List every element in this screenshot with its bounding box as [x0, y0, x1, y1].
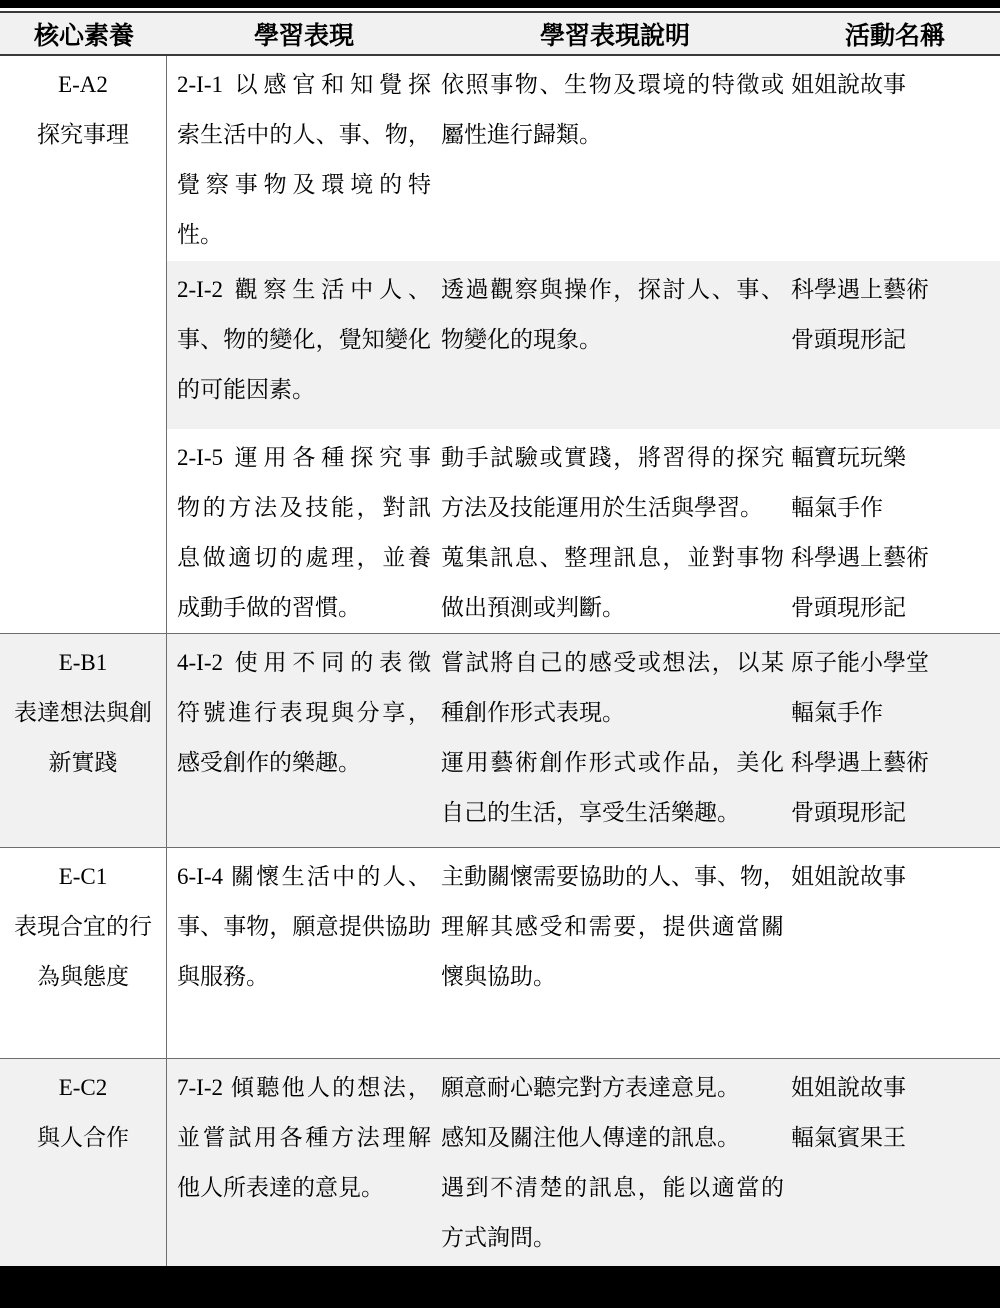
competency-name: 表現合宜的行為與態度 [8, 902, 158, 1002]
text-line: 姐姐說故事 [791, 852, 997, 902]
text-line: 方法及技能運用於生活與學習。 [441, 483, 784, 533]
text-line: 事、物的變化，覺知變化 [177, 315, 431, 365]
table-row: 4-I-2 使用不同的表徵符號進行表現與分享，感受創作的樂趣。 嘗試將自己的感受… [167, 634, 1000, 847]
text-line: 姐姐說故事 [791, 60, 997, 110]
text-line: 覺察事物及環境的特 [177, 160, 431, 210]
header-cell-activity: 活動名稱 [790, 16, 1000, 52]
competency-name: 探究事理 [8, 110, 158, 160]
text-line: 4-I-2 使用不同的表徵 [177, 638, 431, 688]
cell-competency-EB1: E-B1 表達想法與創新實踐 [0, 634, 167, 847]
table-block-EB1: E-B1 表達想法與創新實踐 4-I-2 使用不同的表徵符號進行表現與分享，感受… [0, 633, 1000, 847]
text-line: 6-I-4 關懷生活中的人、 [177, 852, 431, 902]
table-row: 2-I-1 以感官和知覺探索生活中的人、事、物，覺察事物及環境的特性。 依照事物… [167, 56, 1000, 261]
cell-performance: 6-I-4 關懷生活中的人、事、事物，願意提供協助與服務。 [167, 848, 438, 1058]
text-line: 骨頭現形記 [791, 583, 997, 633]
top-black-bar [0, 0, 1000, 8]
text-line: 懷與協助。 [441, 952, 784, 1002]
text-line: 原子能小學堂 [791, 638, 997, 688]
cell-activities: 科學遇上藝術骨頭現形記 [788, 261, 999, 429]
text-line: 並嘗試用各種方法理解 [177, 1113, 431, 1163]
table-block-EC1: E-C1 表現合宜的行為與態度 6-I-4 關懷生活中的人、事、事物，願意提供協… [0, 847, 1000, 1058]
text-line: 理解其感受和需要，提供適當關 [441, 902, 784, 952]
header-cell-description: 學習表現說明 [440, 16, 790, 52]
cell-performance: 4-I-2 使用不同的表徵符號進行表現與分享，感受創作的樂趣。 [167, 634, 438, 847]
table-row: 2-I-5 運用各種探究事物的方法及技能，對訊息做適切的處理，並養成動手做的習慣… [167, 429, 1000, 633]
text-line: 感受創作的樂趣。 [177, 738, 431, 788]
text-line: 主動關懷需要協助的人、事、物， [441, 852, 784, 902]
text-line: 7-I-2 傾聽他人的想法， [177, 1063, 431, 1113]
table-block-EA2: E-A2 探究事理 2-I-1 以感官和知覺探索生活中的人、事、物，覺察事物及環… [0, 56, 1000, 633]
text-line: 成動手做的習慣。 [177, 583, 431, 633]
competency-name: 表達想法與創新實踐 [8, 688, 158, 788]
text-line: 遇到不清楚的訊息，能以適當的 [441, 1163, 784, 1213]
text-line: 嘗試將自己的感受或想法，以某 [441, 638, 784, 688]
text-line: 運用藝術創作形式或作品，美化 [441, 738, 784, 788]
text-line: 科學遇上藝術 [791, 738, 997, 788]
header-cell-performance: 學習表現 [168, 16, 440, 52]
header-cell-core-competency: 核心素養 [0, 16, 168, 52]
competency-code: E-C2 [8, 1063, 158, 1113]
document-page: 核心素養 學習表現 學習表現說明 活動名稱 E-A2 探究事理 2-I-1 以感… [0, 0, 1000, 1308]
text-line: 2-I-5 運用各種探究事 [177, 433, 431, 483]
text-line: 科學遇上藝術 [791, 533, 997, 583]
text-line: 息做適切的處理，並養 [177, 533, 431, 583]
cell-activities: 姐姐說故事 [788, 848, 999, 1058]
cell-competency-EC2: E-C2 與人合作 [0, 1059, 167, 1266]
text-line: 索生活中的人、事、物， [177, 110, 431, 160]
table-row: 6-I-4 關懷生活中的人、事、事物，願意提供協助與服務。 主動關懷需要協助的人… [167, 848, 1000, 1058]
cell-description: 主動關懷需要協助的人、事、物，理解其感受和需要，提供適當關懷與協助。 [438, 848, 788, 1058]
text-line: 輻氣手作 [791, 688, 997, 738]
competency-name: 與人合作 [8, 1113, 158, 1163]
text-line: 輻氣手作 [791, 483, 997, 533]
cell-performance: 2-I-2 觀察生活中人、事、物的變化，覺知變化的可能因素。 [167, 261, 438, 429]
competency-code: E-A2 [8, 60, 158, 110]
text-line: 的可能因素。 [177, 365, 431, 415]
cell-activities: 姐姐說故事 [788, 56, 999, 261]
table-header-row: 核心素養 學習表現 學習表現說明 活動名稱 [0, 11, 1000, 56]
text-line: 方式詢問。 [441, 1213, 784, 1263]
cell-activities: 姐姐說故事輻氣賓果王 [788, 1059, 999, 1266]
text-line: 科學遇上藝術 [791, 265, 997, 315]
cell-performance: 2-I-1 以感官和知覺探索生活中的人、事、物，覺察事物及環境的特性。 [167, 56, 438, 261]
competency-code: E-B1 [8, 638, 158, 688]
cell-performance: 7-I-2 傾聽他人的想法，並嘗試用各種方法理解他人所表達的意見。 [167, 1059, 438, 1266]
text-line: 骨頭現形記 [791, 788, 997, 838]
cell-competency-EA2: E-A2 探究事理 [0, 56, 167, 633]
text-line: 性。 [177, 210, 431, 260]
text-line: 做出預測或判斷。 [441, 583, 784, 633]
text-line: 2-I-2 觀察生活中人、 [177, 265, 431, 315]
cell-description: 透過觀察與操作，探討人、事、物變化的現象。 [438, 261, 788, 429]
text-line: 輻氣賓果王 [791, 1113, 997, 1163]
competency-code: E-C1 [8, 852, 158, 902]
text-line: 蒐集訊息、整理訊息，並對事物 [441, 533, 784, 583]
text-line: 骨頭現形記 [791, 315, 997, 365]
cell-description: 願意耐心聽完對方表達意見。感知及關注他人傳達的訊息。遇到不清楚的訊息，能以適當的… [438, 1059, 788, 1266]
table-block-EC2: E-C2 與人合作 7-I-2 傾聽他人的想法，並嘗試用各種方法理解他人所表達的… [0, 1058, 1000, 1266]
table-row: 2-I-2 觀察生活中人、事、物的變化，覺知變化的可能因素。 透過觀察與操作，探… [167, 261, 1000, 429]
cell-performance: 2-I-5 運用各種探究事物的方法及技能，對訊息做適切的處理，並養成動手做的習慣… [167, 429, 438, 633]
text-line: 依照事物、生物及環境的特徵或 [441, 60, 784, 110]
text-line: 動手試驗或實踐，將習得的探究 [441, 433, 784, 483]
text-line: 願意耐心聽完對方表達意見。 [441, 1063, 784, 1113]
bottom-black-bar [0, 1266, 1000, 1308]
table-row: 7-I-2 傾聽他人的想法，並嘗試用各種方法理解他人所表達的意見。 願意耐心聽完… [167, 1059, 1000, 1266]
text-line: 符號進行表現與分享， [177, 688, 431, 738]
cell-competency-EC1: E-C1 表現合宜的行為與態度 [0, 848, 167, 1058]
text-line: 自己的生活，享受生活樂趣。 [441, 788, 784, 838]
text-line: 他人所表達的意見。 [177, 1163, 431, 1213]
cell-description: 嘗試將自己的感受或想法，以某種創作形式表現。運用藝術創作形式或作品，美化自己的生… [438, 634, 788, 847]
text-line: 物變化的現象。 [441, 315, 784, 365]
text-line: 透過觀察與操作，探討人、事、 [441, 265, 784, 315]
cell-description: 依照事物、生物及環境的特徵或屬性進行歸類。 [438, 56, 788, 261]
text-line: 種創作形式表現。 [441, 688, 784, 738]
text-line: 與服務。 [177, 952, 431, 1002]
text-line: 事、事物，願意提供協助 [177, 902, 431, 952]
text-line: 感知及關注他人傳達的訊息。 [441, 1113, 784, 1163]
text-line: 輻寶玩玩樂 [791, 433, 997, 483]
text-line: 屬性進行歸類。 [441, 110, 784, 160]
text-line: 物的方法及技能，對訊 [177, 483, 431, 533]
competency-table: 核心素養 學習表現 學習表現說明 活動名稱 E-A2 探究事理 2-I-1 以感… [0, 11, 1000, 1266]
cell-description: 動手試驗或實踐，將習得的探究方法及技能運用於生活與學習。蒐集訊息、整理訊息，並對… [438, 429, 788, 633]
text-line: 姐姐說故事 [791, 1063, 997, 1113]
cell-activities: 原子能小學堂輻氣手作科學遇上藝術骨頭現形記 [788, 634, 999, 847]
cell-activities: 輻寶玩玩樂輻氣手作科學遇上藝術骨頭現形記 [788, 429, 999, 633]
text-line: 2-I-1 以感官和知覺探 [177, 60, 431, 110]
